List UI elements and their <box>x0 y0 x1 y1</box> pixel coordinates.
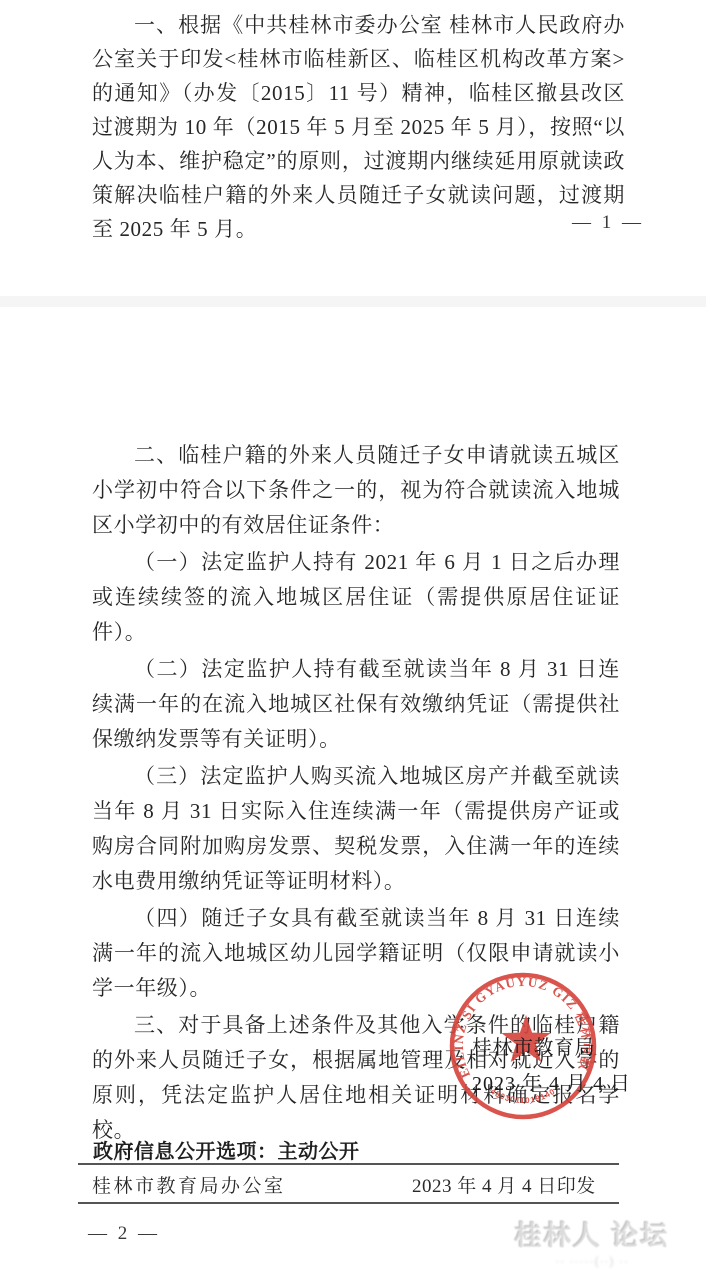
signature-date: 2023 年 4 月 4 日 <box>472 1067 631 1096</box>
page-break-band <box>0 296 706 307</box>
watermark-title: 桂林人 论坛 <box>482 1214 702 1253</box>
page1-number: — 1 — <box>552 212 664 234</box>
svg-text:GVEILINZ SI GYAUYUZ GIZ 桂林市教育局: GVEILINZ SI GYAUYUZ GIZ 桂林市教育局 <box>438 961 595 1080</box>
footer-rule-top <box>78 1163 619 1165</box>
seal-arc-text: GVEILINZ SI GYAUYUZ GIZ 桂林市教育局 <box>438 961 595 1080</box>
footer-rule-bottom <box>78 1202 619 1204</box>
scanned-document: 一、根据《中共桂林市委办公室 桂林市人民政府办公室关于印发<桂林市临桂新区、临桂… <box>0 0 706 1280</box>
issuing-office: 桂林市教育局办公室 <box>92 1171 286 1198</box>
paragraph: （一）法定监护人持有 2021 年 6 月 1 日之后办理或连续续签的流入地城区… <box>92 545 620 650</box>
paragraph: （二）法定监护人持有截至就读当年 8 月 31 日连续满一年的在流入地城区社保有… <box>92 652 620 757</box>
disclosure-option-label: 政府信息公开选项：主动公开 <box>93 1135 360 1164</box>
forum-watermark: 桂林人 论坛 ·· ·····(··) ·· <box>482 1214 702 1268</box>
print-date: 2023 年 4 月 4 日印发 <box>412 1171 596 1198</box>
page1-paragraph: 一、根据《中共桂林市委办公室 桂林市人民政府办公室关于印发<桂林市临桂新区、临桂… <box>92 8 625 246</box>
watermark-subtext: ·· ·····(··) ·· <box>482 1254 702 1268</box>
signature-issuer: 桂林市教育局 <box>472 1031 595 1060</box>
page2-number: — 2 — <box>88 1223 160 1245</box>
paragraph: 二、临桂户籍的外来人员随迁子女申请就读五城区小学初中符合以下条件之一的，视为符合… <box>92 438 620 543</box>
paragraph: （三）法定监护人购买流入地城区房产并截至就读当年 8 月 31 日实际入住连续满… <box>92 759 620 899</box>
